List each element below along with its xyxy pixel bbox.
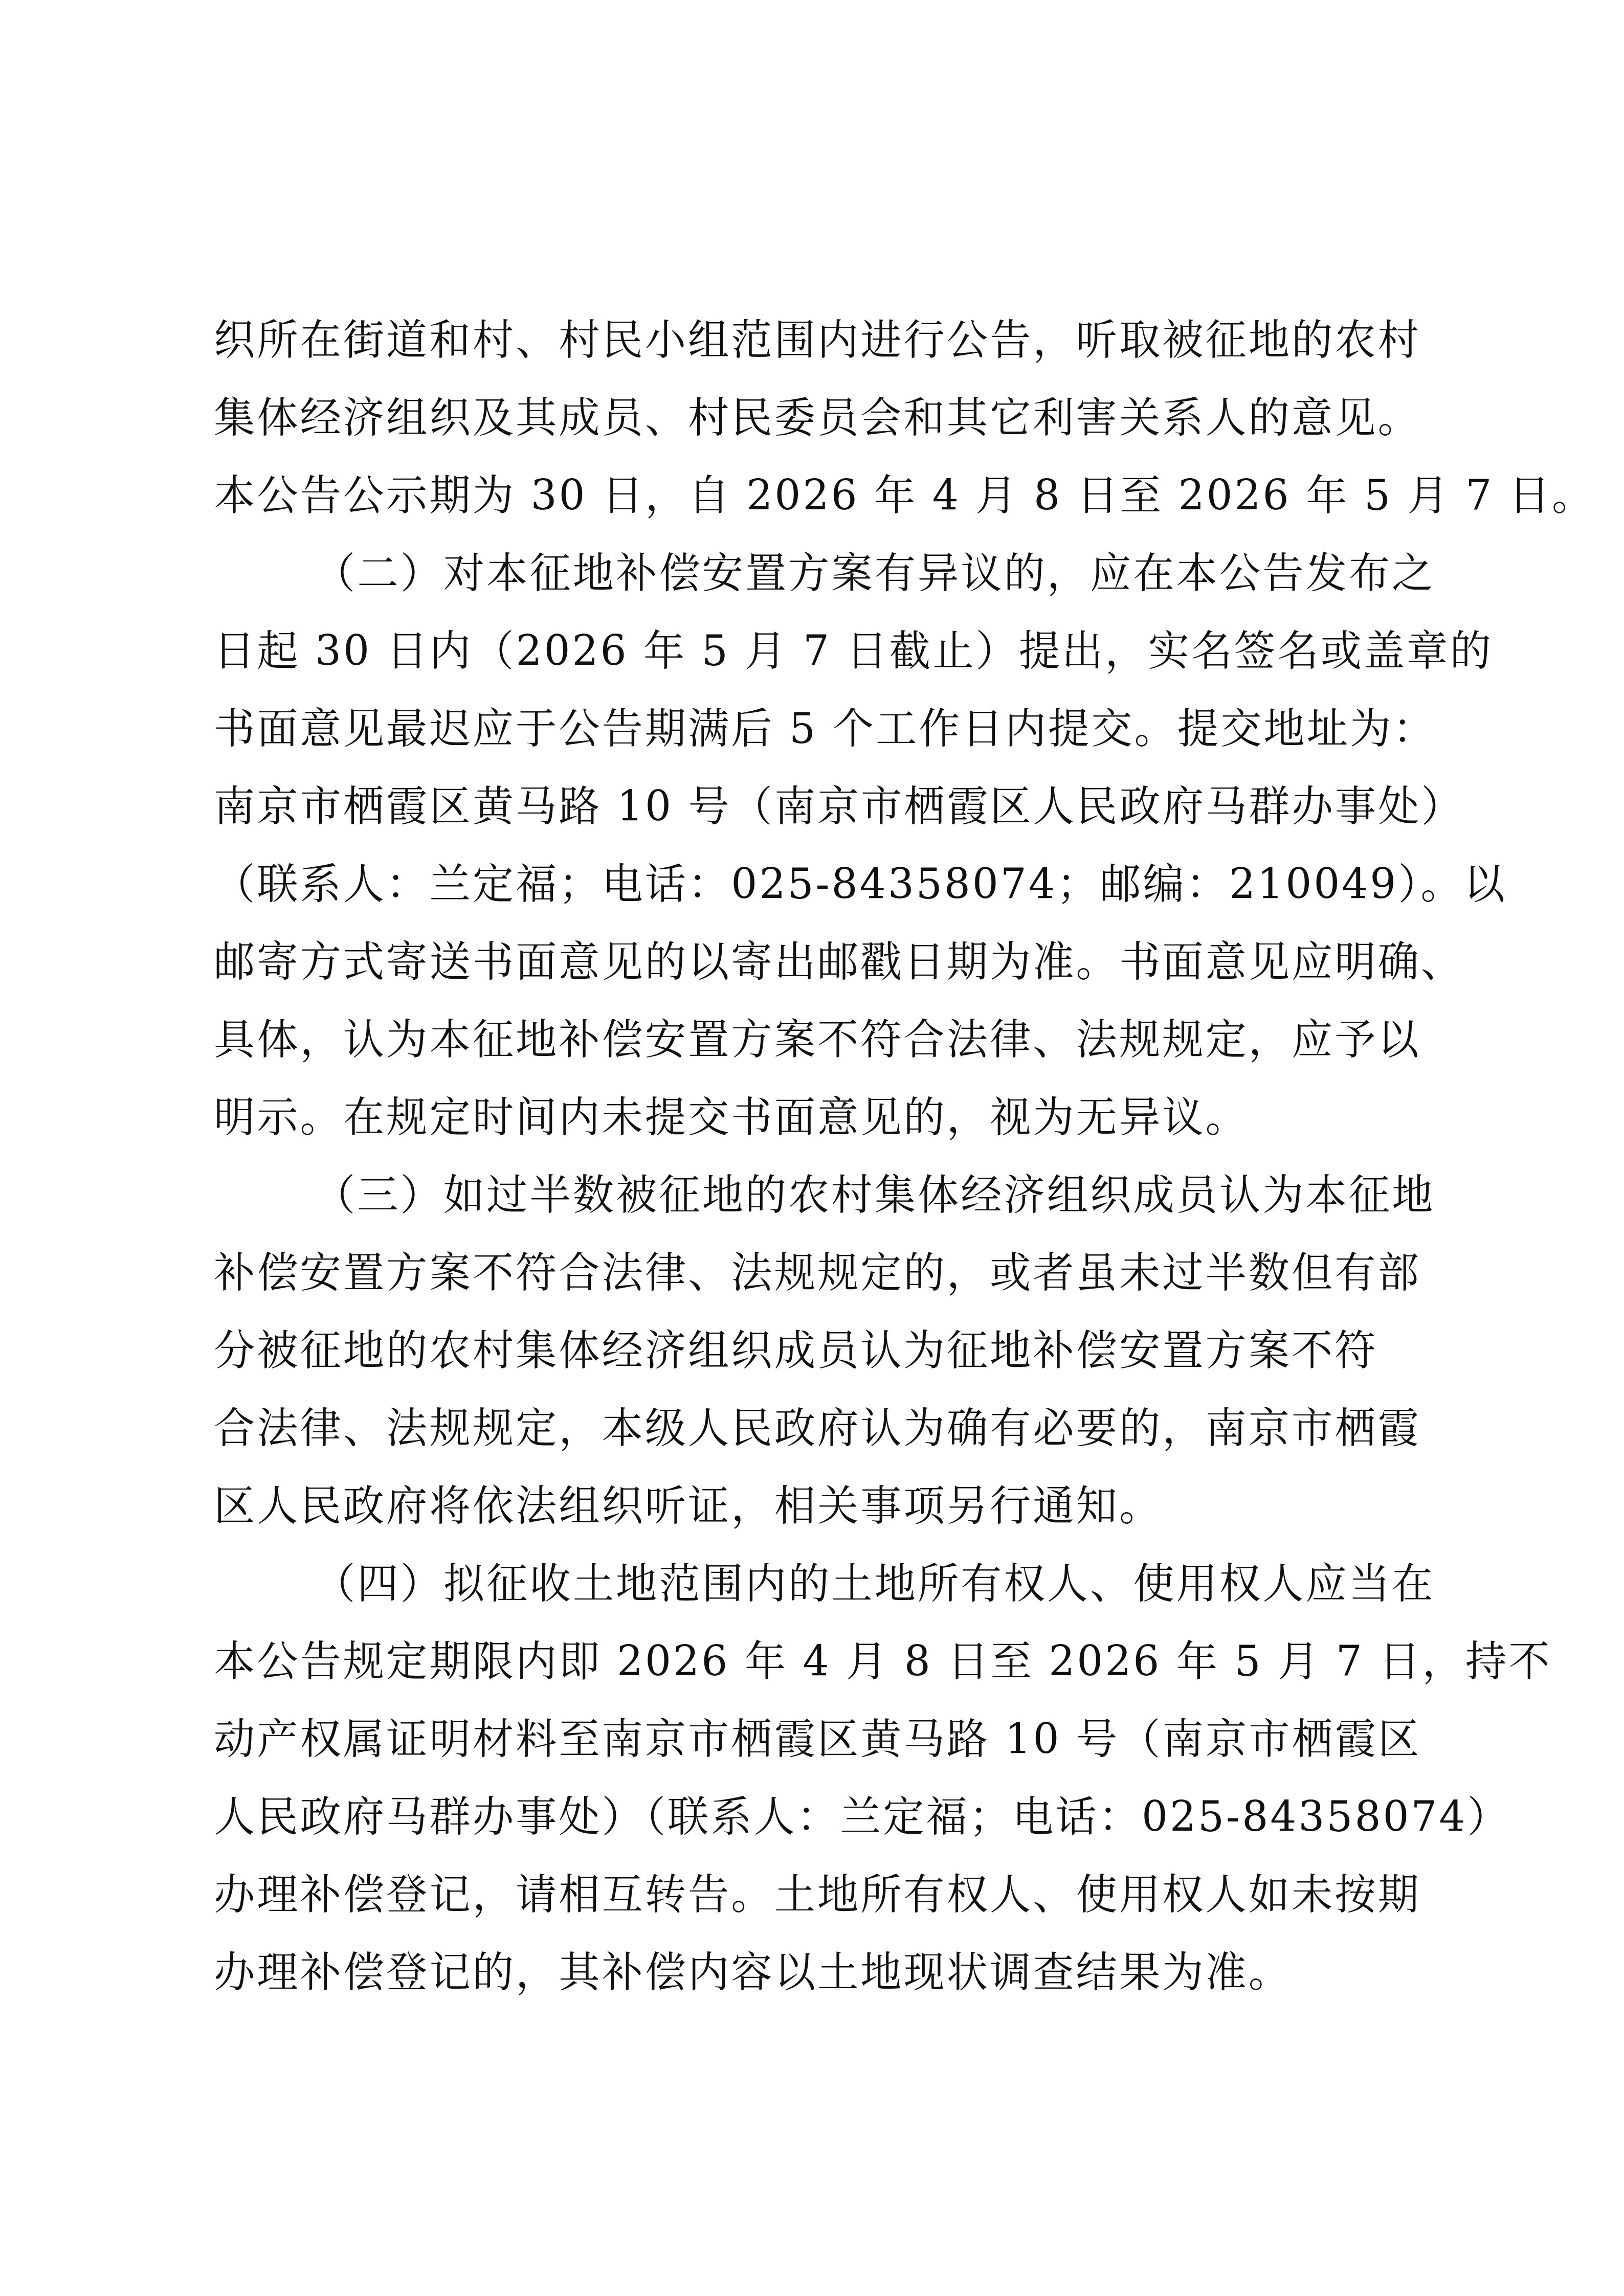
- text-line: 日起 30 日内（2026 年 5 月 7 日截止）提出，实名签名或盖章的: [214, 613, 1427, 690]
- text-line: 办理补偿登记的，其补偿内容以土地现状调查结果为准。: [214, 1934, 1427, 2012]
- text-line: 织所在街道和村、村民小组范围内进行公告，听取被征地的农村: [214, 302, 1427, 379]
- text-line: 区人民政府将依法组织听证，相关事项另行通知。: [214, 1468, 1427, 1545]
- text-line: 本公告公示期为 30 日，自 2026 年 4 月 8 日至 2026 年 5 …: [214, 457, 1427, 535]
- text-line: 集体经济组织及其成员、村民委员会和其它利害关系人的意见。: [214, 379, 1427, 457]
- text-line: 具体，认为本征地补偿安置方案不符合法律、法规规定，应予以: [214, 1001, 1427, 1079]
- document-page: 织所在街道和村、村民小组范围内进行公告，听取被征地的农村 集体经济组织及其成员、…: [0, 0, 1624, 2296]
- text-line: （联系人：兰定福；电话：025-84358074；邮编：210049）。以: [214, 846, 1427, 924]
- paragraph-4-start: （四）拟征收土地范围内的土地所有权人、使用权人应当在: [214, 1545, 1427, 1623]
- text-line: 邮寄方式寄送书面意见的以寄出邮戳日期为准。书面意见应明确、: [214, 924, 1427, 1001]
- text-line: 动产权属证明材料至南京市栖霞区黄马路 10 号（南京市栖霞区: [214, 1701, 1427, 1779]
- document-body: 织所在街道和村、村民小组范围内进行公告，听取被征地的农村 集体经济组织及其成员、…: [214, 302, 1452, 2012]
- text-line: 分被征地的农村集体经济组织成员认为征地补偿安置方案不符: [214, 1312, 1427, 1390]
- text-line: 明示。在规定时间内未提交书面意见的，视为无异议。: [214, 1079, 1427, 1157]
- text-line: 书面意见最迟应于公告期满后 5 个工作日内提交。提交地址为：: [214, 690, 1427, 768]
- paragraph-2-start: （二）对本征地补偿安置方案有异议的，应在本公告发布之: [214, 535, 1427, 613]
- text-line: 合法律、法规规定，本级人民政府认为确有必要的，南京市栖霞: [214, 1390, 1427, 1468]
- text-line: 本公告规定期限内即 2026 年 4 月 8 日至 2026 年 5 月 7 日…: [214, 1623, 1427, 1701]
- paragraph-3-start: （三）如过半数被征地的农村集体经济组织成员认为本征地: [214, 1157, 1427, 1234]
- text-line: 补偿安置方案不符合法律、法规规定的，或者虽未过半数但有部: [214, 1234, 1427, 1312]
- text-line: 南京市栖霞区黄马路 10 号（南京市栖霞区人民政府马群办事处）: [214, 768, 1427, 846]
- text-line: 办理补偿登记，请相互转告。土地所有权人、使用权人如未按期: [214, 1856, 1427, 1934]
- text-line: 人民政府马群办事处）（联系人：兰定福；电话：025-84358074）: [214, 1779, 1427, 1856]
